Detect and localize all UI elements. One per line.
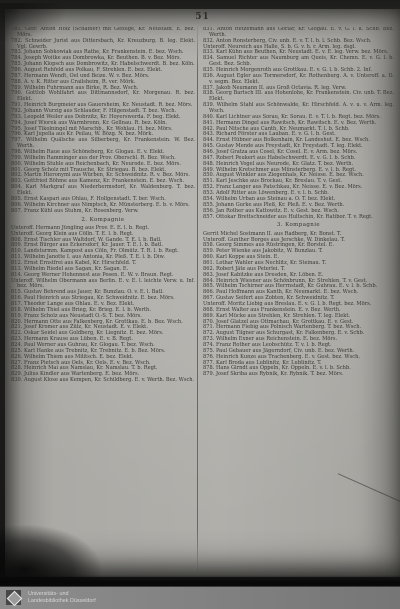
text-column-left: 781. Gefr. Anton Holz (Schäffler) mit Ge… bbox=[11, 27, 195, 572]
list-entry: 807. Franz Kühl aus Stuhm, Kr. Rosenberg… bbox=[11, 209, 195, 215]
library-name-line2: Landesbibliothek Düsseldorf bbox=[28, 598, 96, 605]
page-surface: 51 781. Gefr. Anton Holz (Schäffler) mit… bbox=[5, 9, 400, 577]
company-heading: 2. Kompagnie bbox=[11, 218, 195, 224]
page-number: 51 bbox=[5, 12, 400, 22]
library-logo-icon bbox=[6, 590, 21, 605]
library-watermark-text: Universitäts- und Landesbibliothek Düsse… bbox=[28, 591, 96, 604]
list-entry: 879. Josef Skriba aus Rybnik, Kr. Rybnik… bbox=[203, 372, 394, 378]
list-entry: 831. Anton Retzemann aus Gorlar, Kr. Glo… bbox=[203, 27, 394, 39]
scanned-book-page: 51 781. Gefr. Anton Holz (Schäffler) mit… bbox=[0, 0, 400, 609]
library-watermark-bar: Universitäts- und Landesbibliothek Düsse… bbox=[0, 586, 400, 609]
list-entry: 836. August Egler aus Tormersdorf, Kr. R… bbox=[203, 74, 394, 86]
list-entry: 857. Ottokar Brettschneider aus Hultschi… bbox=[203, 215, 394, 221]
list-entry: 830. August Klose aus Kempen, Kr. Schild… bbox=[11, 378, 195, 384]
library-name-line1: Universitäts- und bbox=[28, 591, 96, 598]
text-column-right: 831. Anton Retzemann aus Gorlar, Kr. Glo… bbox=[203, 27, 394, 572]
column-divider-rule bbox=[197, 27, 198, 572]
list-entry: 781. Gefr. Anton Holz (Schäffler) mit Ge… bbox=[11, 27, 195, 39]
company-heading: 3. Kompagnie bbox=[203, 223, 394, 229]
